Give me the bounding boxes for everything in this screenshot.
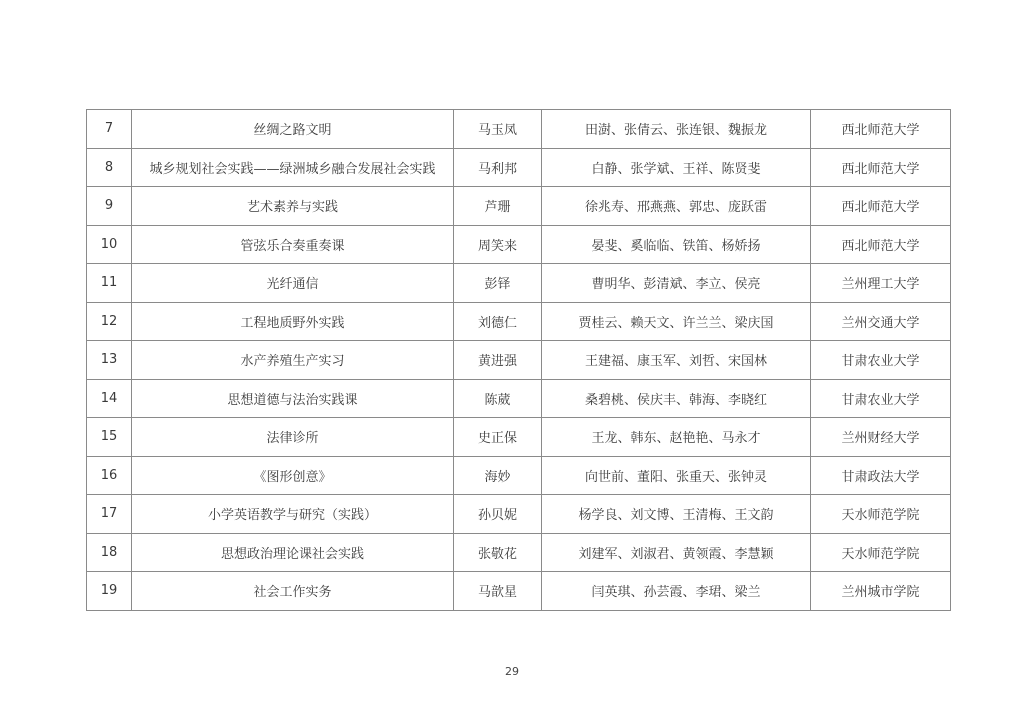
course-name: 小学英语教学与研究（实践） [132, 495, 454, 534]
table-row: 11 光纤通信 彭铎 曹明华、彭清斌、李立、侯亮 兰州理工大学 [87, 264, 951, 303]
table-row: 18 思想政治理论课社会实践 张敬花 刘建军、刘淑君、黄领霞、李慧颖 天水师范学… [87, 533, 951, 572]
course-leader: 孙贝妮 [454, 495, 542, 534]
row-number: 14 [87, 379, 132, 418]
school-name: 甘肃农业大学 [811, 341, 951, 380]
course-leader: 海妙 [454, 456, 542, 495]
school-name: 兰州理工大学 [811, 264, 951, 303]
row-number: 17 [87, 495, 132, 534]
course-leader: 陈葳 [454, 379, 542, 418]
team-members: 王建福、康玉军、刘哲、宋国林 [542, 341, 811, 380]
table-row: 14 思想道德与法治实践课 陈葳 桑碧桃、侯庆丰、韩海、李晓红 甘肃农业大学 [87, 379, 951, 418]
school-name: 西北师范大学 [811, 148, 951, 187]
school-name: 甘肃政法大学 [811, 456, 951, 495]
table-row: 9 艺术素养与实践 芦珊 徐兆寿、邢燕燕、郭忠、庞跃雷 西北师范大学 [87, 187, 951, 226]
team-members: 贾桂云、赖天文、许兰兰、梁庆国 [542, 302, 811, 341]
table-row: 17 小学英语教学与研究（实践） 孙贝妮 杨学良、刘文博、王清梅、王文韵 天水师… [87, 495, 951, 534]
course-name: 丝绸之路文明 [132, 110, 454, 149]
team-members: 桑碧桃、侯庆丰、韩海、李晓红 [542, 379, 811, 418]
page-number: 29 [0, 665, 1024, 678]
course-leader: 史正保 [454, 418, 542, 457]
table-row: 15 法律诊所 史正保 王龙、韩东、赵艳艳、马永才 兰州财经大学 [87, 418, 951, 457]
course-name: 思想政治理论课社会实践 [132, 533, 454, 572]
course-leader: 马玉凤 [454, 110, 542, 149]
row-number: 18 [87, 533, 132, 572]
course-name: 艺术素养与实践 [132, 187, 454, 226]
table-row: 10 管弦乐合奏重奏课 周笑来 晏斐、奚临临、铁笛、杨娇扬 西北师范大学 [87, 225, 951, 264]
row-number: 13 [87, 341, 132, 380]
row-number: 15 [87, 418, 132, 457]
course-name: 法律诊所 [132, 418, 454, 457]
table-row: 7 丝绸之路文明 马玉凤 田澍、张倩云、张连银、魏振龙 西北师范大学 [87, 110, 951, 149]
table-row: 16 《图形创意》 海妙 向世前、董阳、张重天、张钟灵 甘肃政法大学 [87, 456, 951, 495]
course-name: 城乡规划社会实践——绿洲城乡融合发展社会实践 [132, 148, 454, 187]
table-row: 12 工程地质野外实践 刘德仁 贾桂云、赖天文、许兰兰、梁庆国 兰州交通大学 [87, 302, 951, 341]
course-leader: 彭铎 [454, 264, 542, 303]
course-leader: 马歆星 [454, 572, 542, 611]
school-name: 兰州财经大学 [811, 418, 951, 457]
course-leader: 马利邦 [454, 148, 542, 187]
school-name: 甘肃农业大学 [811, 379, 951, 418]
row-number: 19 [87, 572, 132, 611]
course-name: 管弦乐合奏重奏课 [132, 225, 454, 264]
team-members: 徐兆寿、邢燕燕、郭忠、庞跃雷 [542, 187, 811, 226]
course-name: 水产养殖生产实习 [132, 341, 454, 380]
table-row: 8 城乡规划社会实践——绿洲城乡融合发展社会实践 马利邦 白静、张学斌、王祥、陈… [87, 148, 951, 187]
team-members: 杨学良、刘文博、王清梅、王文韵 [542, 495, 811, 534]
course-name: 思想道德与法治实践课 [132, 379, 454, 418]
course-leader: 芦珊 [454, 187, 542, 226]
team-members: 闫英琪、孙芸霞、李珺、梁兰 [542, 572, 811, 611]
table-body: 7 丝绸之路文明 马玉凤 田澍、张倩云、张连银、魏振龙 西北师范大学 8 城乡规… [87, 110, 951, 611]
school-name: 兰州交通大学 [811, 302, 951, 341]
team-members: 刘建军、刘淑君、黄领霞、李慧颖 [542, 533, 811, 572]
table-row: 19 社会工作实务 马歆星 闫英琪、孙芸霞、李珺、梁兰 兰州城市学院 [87, 572, 951, 611]
course-leader: 黄进强 [454, 341, 542, 380]
school-name: 兰州城市学院 [811, 572, 951, 611]
course-leader: 周笑来 [454, 225, 542, 264]
course-leader: 张敬花 [454, 533, 542, 572]
course-name: 工程地质野外实践 [132, 302, 454, 341]
row-number: 11 [87, 264, 132, 303]
row-number: 8 [87, 148, 132, 187]
row-number: 7 [87, 110, 132, 149]
course-name: 光纤通信 [132, 264, 454, 303]
school-name: 西北师范大学 [811, 110, 951, 149]
row-number: 12 [87, 302, 132, 341]
school-name: 西北师范大学 [811, 225, 951, 264]
document-page: 7 丝绸之路文明 马玉凤 田澍、张倩云、张连银、魏振龙 西北师范大学 8 城乡规… [0, 0, 1024, 724]
team-members: 田澍、张倩云、张连银、魏振龙 [542, 110, 811, 149]
row-number: 16 [87, 456, 132, 495]
row-number: 10 [87, 225, 132, 264]
course-table: 7 丝绸之路文明 马玉凤 田澍、张倩云、张连银、魏振龙 西北师范大学 8 城乡规… [86, 109, 951, 611]
team-members: 向世前、董阳、张重天、张钟灵 [542, 456, 811, 495]
school-name: 西北师范大学 [811, 187, 951, 226]
school-name: 天水师范学院 [811, 533, 951, 572]
school-name: 天水师范学院 [811, 495, 951, 534]
team-members: 王龙、韩东、赵艳艳、马永才 [542, 418, 811, 457]
course-name: 《图形创意》 [132, 456, 454, 495]
table-row: 13 水产养殖生产实习 黄进强 王建福、康玉军、刘哲、宋国林 甘肃农业大学 [87, 341, 951, 380]
row-number: 9 [87, 187, 132, 226]
team-members: 曹明华、彭清斌、李立、侯亮 [542, 264, 811, 303]
team-members: 白静、张学斌、王祥、陈贤斐 [542, 148, 811, 187]
course-leader: 刘德仁 [454, 302, 542, 341]
course-name: 社会工作实务 [132, 572, 454, 611]
team-members: 晏斐、奚临临、铁笛、杨娇扬 [542, 225, 811, 264]
